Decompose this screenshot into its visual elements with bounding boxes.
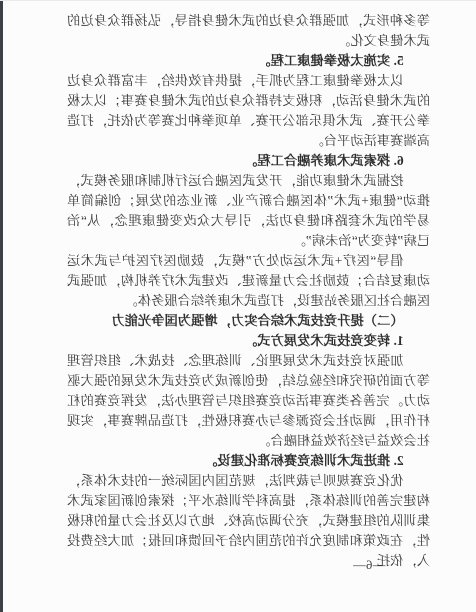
body-paragraph: 倡导“医疗+武术运动处方”模式，鼓励医疗医护与武术运动康复结合；鼓励社会力量新建… bbox=[67, 251, 430, 311]
numbered-heading: 6. 探索武术康养融合工程。 bbox=[67, 151, 430, 171]
numbered-heading: 2. 推进武术训练竞赛标准化建设。 bbox=[67, 451, 430, 471]
body-paragraph: 等多种形式，加强群众身边的武术健身指导，弘扬群众身边的武术健身文化。 bbox=[67, 11, 430, 51]
body-paragraph: 加强对竞技武术发展理论、训练理念、技战术、组织管理等方面的研究和经验总结，使创新… bbox=[67, 351, 430, 451]
page-content: 等多种形式，加强群众身边的武术健身指导，弘扬群众身边的武术健身文化。 5. 实施… bbox=[0, 1, 476, 571]
numbered-heading: 1. 转变竞技武术发展方式。 bbox=[67, 331, 430, 351]
body-paragraph: 优化竞赛规则与裁判法，规范国内国际统一的技术体系，构建完善的训练体系，提高科学训… bbox=[67, 471, 430, 571]
document-page: 等多种形式，加强群众身边的武术健身指导，弘扬群众身边的武术健身文化。 5. 实施… bbox=[0, 0, 476, 612]
body-paragraph: 以太极拳健康工程为抓手，提供有效供给，丰富群众身边的武术健身活动，积极支持群众身… bbox=[67, 71, 430, 151]
section-heading: （二）提升竞技武术综合实力，增强为国争光能力 bbox=[67, 311, 430, 331]
page-number: —6— bbox=[341, 557, 397, 574]
numbered-heading: 5. 实施太极拳健康工程。 bbox=[67, 51, 430, 71]
page-left-edge bbox=[0, 1, 3, 612]
body-paragraph: 挖掘武术健康功能，开发武医融合运行机制和服务模式，推动“健康+武术”体医融合新产… bbox=[67, 171, 430, 251]
mirrored-content: 等多种形式，加强群众身边的武术健身指导，弘扬群众身边的武术健身文化。 5. 实施… bbox=[0, 1, 476, 612]
